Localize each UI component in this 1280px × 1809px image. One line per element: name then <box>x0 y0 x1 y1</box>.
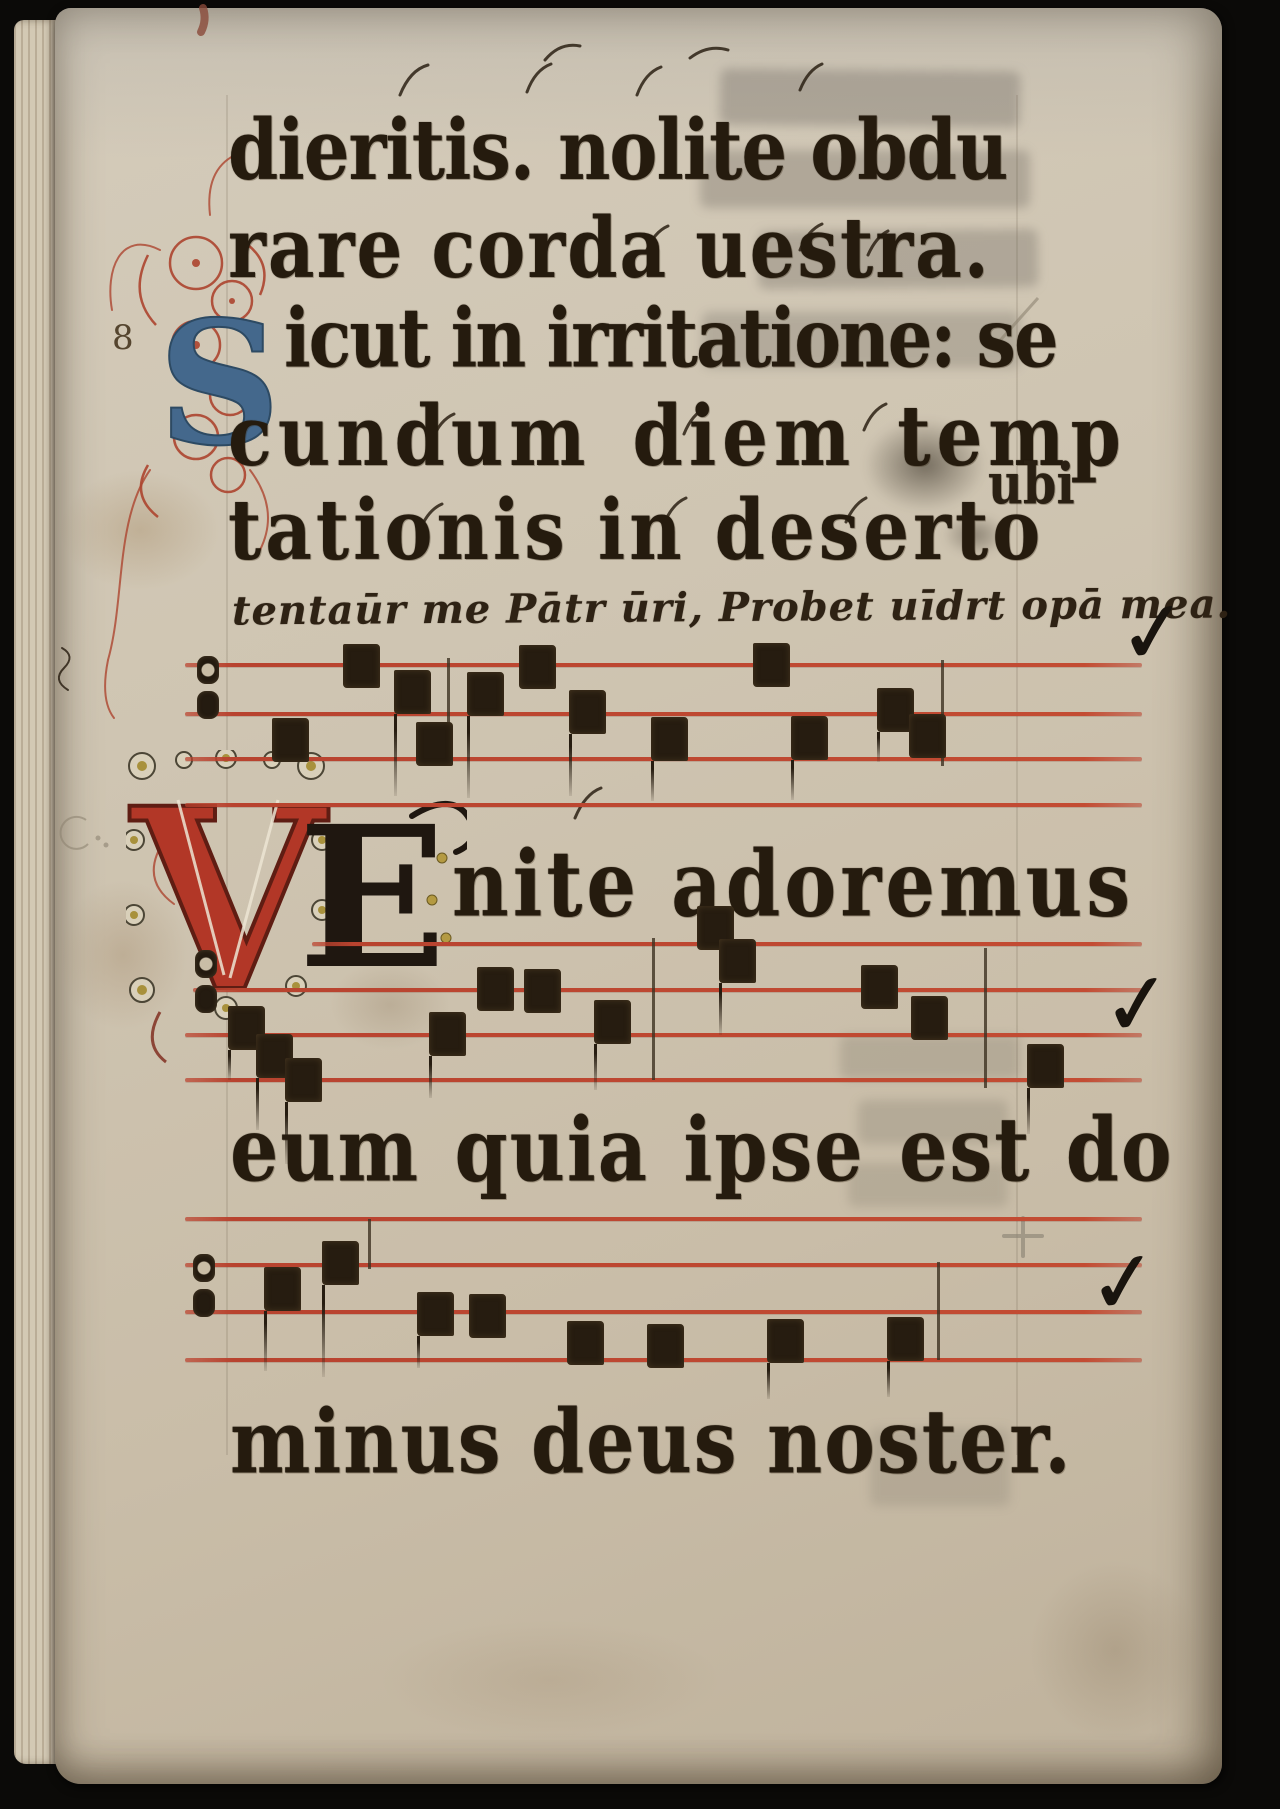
neume-note <box>519 645 556 689</box>
neume-note <box>416 722 453 766</box>
text-line-5: tationis in deserto <box>228 480 1044 579</box>
cadel-initial-e: E <box>292 788 467 1003</box>
neume-note <box>767 1319 804 1363</box>
checkmark-annotation: ✓ <box>1114 587 1193 678</box>
neume-note <box>467 672 504 716</box>
neume-note <box>719 939 756 983</box>
staff-line <box>185 1033 1142 1037</box>
book-page-edges <box>14 20 58 1764</box>
neume-note <box>594 1000 631 1044</box>
staff-line <box>185 1310 1142 1314</box>
c-clef <box>193 1254 217 1324</box>
neume-note <box>911 996 948 1040</box>
checkmark-annotation: ✓ <box>1098 959 1177 1050</box>
neume-note <box>285 1058 322 1102</box>
divider-bar <box>652 938 655 1080</box>
neume-note <box>469 1294 506 1338</box>
neume-note <box>524 969 561 1013</box>
chant-text-line-2: eum quia ipse est do <box>230 1098 1174 1201</box>
c-clef <box>197 656 221 726</box>
text-line-1: dieritis. nolite obdu <box>228 100 1007 199</box>
neume-note <box>569 690 606 734</box>
checkmark-annotation: ✓ <box>1084 1237 1163 1328</box>
neume-note <box>429 1012 466 1056</box>
staff-line <box>185 803 1142 807</box>
text-line-2: rare corda uestra. <box>228 198 991 297</box>
neume-note <box>909 714 946 758</box>
cursive-gloss-line: tentaūr me Pātr ūri, Probet uīdrt opā me… <box>232 581 1232 635</box>
neume-note <box>887 1317 924 1361</box>
divider-bar <box>984 948 987 1088</box>
neume-note <box>651 717 688 761</box>
staff-line <box>185 712 1142 716</box>
staff-line <box>193 988 1142 992</box>
staff-line <box>185 1078 1142 1082</box>
neume-note <box>272 718 309 762</box>
neume-note <box>417 1292 454 1336</box>
neume-note <box>861 965 898 1009</box>
neume-note <box>753 643 790 687</box>
initial-e-glyph: E <box>298 788 447 1003</box>
c-clef <box>195 950 219 1020</box>
margin-numeral: 8 <box>112 318 134 358</box>
chant-text-line-1: nite adoremus <box>452 832 1134 938</box>
neume-note <box>264 1267 301 1311</box>
divider-bar <box>368 1219 371 1269</box>
neume-note <box>647 1324 684 1368</box>
neume-note <box>567 1321 604 1365</box>
neume-note <box>477 967 514 1011</box>
neume-note <box>343 644 380 688</box>
neume-note <box>394 670 431 714</box>
text-line-3: icut in irritatione: se <box>284 290 1057 386</box>
interlinear-addition-ubi: ubi <box>988 452 1075 517</box>
divider-bar <box>937 1262 940 1360</box>
neume-note <box>791 716 828 760</box>
neume-note <box>1027 1044 1064 1088</box>
photo-backdrop: S V <box>0 0 1280 1809</box>
neume-note <box>322 1241 359 1285</box>
staff-line <box>185 1217 1142 1221</box>
staff-line <box>185 663 1142 667</box>
chant-text-line-3: minus deus noster. <box>230 1390 1073 1493</box>
